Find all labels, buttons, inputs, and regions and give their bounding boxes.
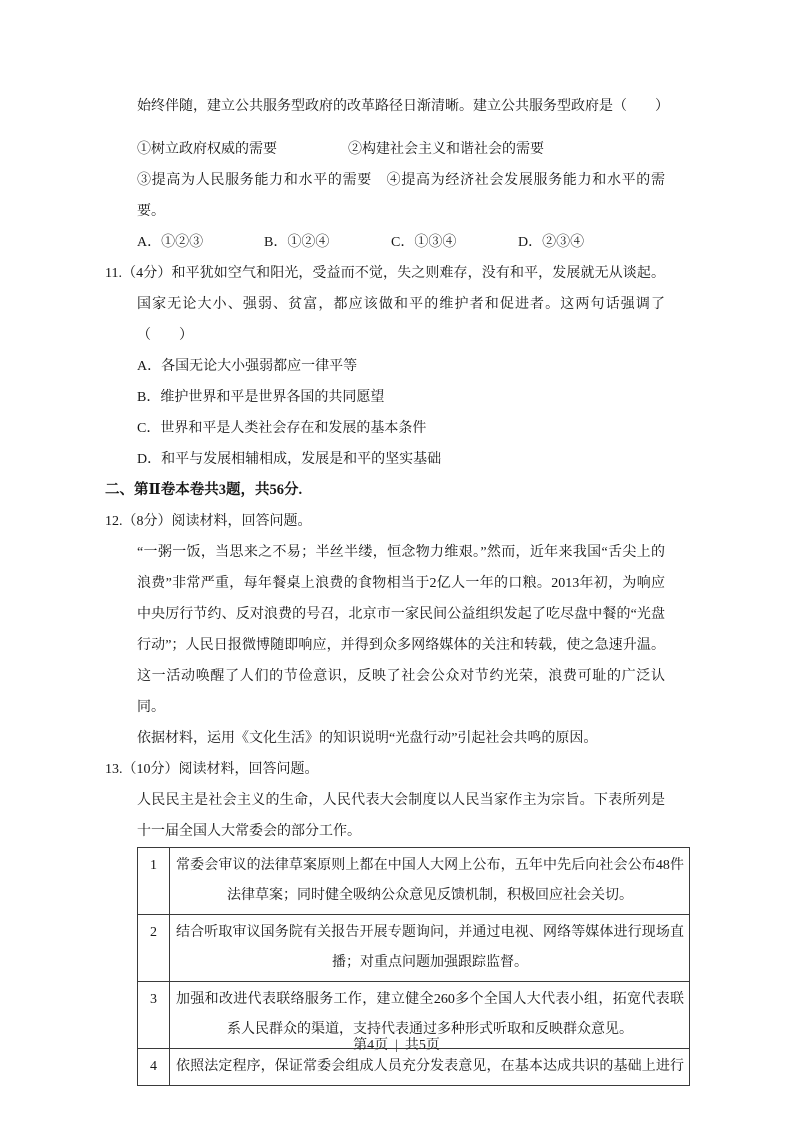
question-10-items-1-2: ①树立政府权威的需要 ②构建社会主义和谐社会的需要 [137,134,665,165]
row-text: 常委会审议的法律草案原则上都在中国人大网上公布，五年中先后向社会公布48件法律草… [170,848,690,915]
question-11-choice-c: C．世界和平是人类社会存在和发展的基本条件 [137,413,665,444]
question-11-choice-d: D．和平与发展相辅相成，发展是和平的坚实基础 [137,444,665,475]
current-page-label: 第4页 [353,1038,388,1053]
question-11: 11.（4分）和平犹如空气和阳光，受益而不觉，失之则难存，没有和平，发展就无从谈… [105,258,665,475]
question-13-material: 人民民主是社会主义的生命，人民代表大会制度以人民当家作主为宗旨。下表所列是十一届… [137,785,665,847]
total-pages-label: 共5页 [405,1038,440,1053]
question-10-items-3-4-line-2: 要。 [137,196,665,227]
option-b: B．①②④ [264,227,391,258]
question-11-choice-a: A．各国无论大小强弱都应一律平等 [137,351,665,382]
question-10-item-2: ②构建社会主义和谐社会的需要 [348,134,544,165]
option-d: D．②③④ [518,227,584,258]
option-a: A．①②③ [137,227,264,258]
question-11-stem: 11.（4分）和平犹如空气和阳光，受益而不觉，失之则难存，没有和平，发展就无从谈… [105,258,665,351]
question-10-continuation: 始终伴随，建立公共服务型政府的改革路径日渐清晰。建立公共服务型政府是（ ） ①树… [105,91,665,258]
question-10-items-3-4-line-1: ③提高为人民服务能力和水平的需要 ④提高为经济社会发展服务能力和水平的需 [137,165,665,196]
page-footer: 第4页|共5页 [0,1036,793,1056]
option-c: C．①③④ [391,227,518,258]
row-number: 2 [138,915,170,982]
row-text: 结合听取审议国务院有关报告开展专题询问，并通过电视、网络等媒体进行现场直播；对重… [170,915,690,982]
question-12-stem: 12.（8分）阅读材料，回答问题。 [105,506,665,537]
exam-page: 始终伴随，建立公共服务型政府的改革路径日渐清晰。建立公共服务型政府是（ ） ①树… [0,0,793,1122]
table-row: 2 结合听取审议国务院有关报告开展专题询问，并通过电视、网络等媒体进行现场直播；… [138,915,690,982]
question-12-task: 依据材料，运用《文化生活》的知识说明“光盘行动”引起社会共鸣的原因。 [137,723,665,754]
section-heading: 二、第Ⅱ卷本卷共3题，共56分. [105,475,665,506]
question-12-material: “一粥一饭，当思来之不易；半丝半缕，恒念物力维艰。”然而，近年来我国“舌尖上的浪… [137,537,665,723]
row-number: 1 [138,848,170,915]
question-10-item-1: ①树立政府权威的需要 [137,134,348,165]
table-row: 1 常委会审议的法律草案原则上都在中国人大网上公布，五年中先后向社会公布48件法… [138,848,690,915]
question-12: 12.（8分）阅读材料，回答问题。 “一粥一饭，当思来之不易；半丝半缕，恒念物力… [105,506,665,754]
question-13-stem: 13.（10分）阅读材料，回答问题。 [105,754,665,785]
footer-separator: | [395,1038,398,1053]
question-10-options-row: A．①②③ B．①②④ C．①③④ D．②③④ [137,227,665,258]
question-10-tail-line: 始终伴随，建立公共服务型政府的改革路径日渐清晰。建立公共服务型政府是（ ） [137,91,665,122]
question-11-choice-b: B．维护世界和平是世界各国的共同愿望 [137,382,665,413]
